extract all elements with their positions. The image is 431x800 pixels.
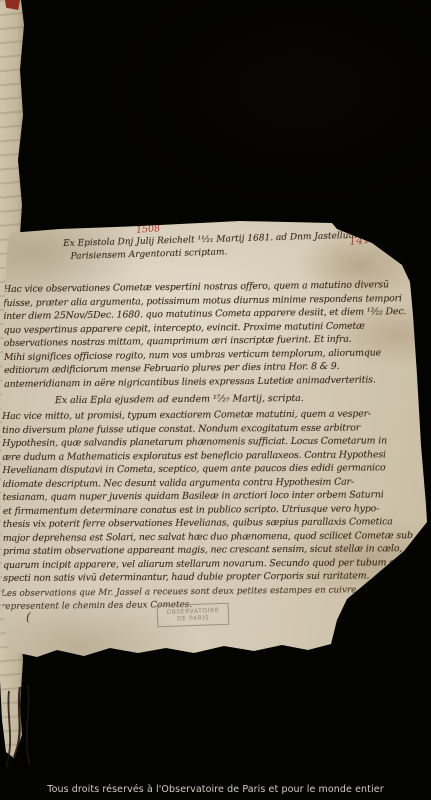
text-line: specti non satis vivū determinantur, hau…: [3, 569, 413, 585]
latin-paragraph-2: Hac vice mitto, ut promisi, typum exacti…: [2, 407, 413, 585]
binding-threads-icon: [0, 685, 46, 777]
letter-heading: Ex Epistola Dnj Julij Reichelt ¹¹⁄₂₁ Mar…: [63, 230, 358, 264]
latin-paragraph-1: Hac vice observationes Cometæ vespertini…: [3, 278, 407, 391]
second-letter-heading: Ex alia Epla ejusdem ad eundem ¹⁷⁄₂₇ Mar…: [55, 393, 304, 406]
archive-number-red: 1508: [136, 223, 161, 236]
manuscript-page: 1508 141 Ex Epistola Dnj Julij Reichelt …: [0, 0, 431, 700]
observatory-stamp: OBSERVATOIRE DE PARIS: [157, 603, 230, 627]
ink-flourish: (: [26, 610, 31, 624]
copyright-caption: Tous droits réservés à l'Observatoire de…: [0, 784, 431, 795]
document-scan: 1508 141 Ex Epistola Dnj Julij Reichelt …: [0, 0, 431, 800]
